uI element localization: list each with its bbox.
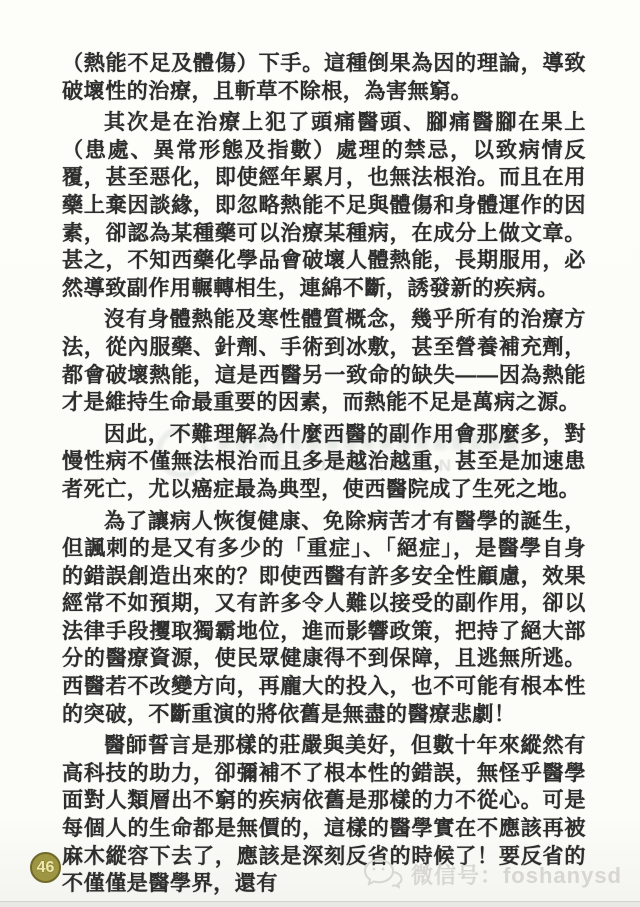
paragraph: 其次是在治療上犯了頭痛醫頭、腳痛醫腳在果上（患處、異常形態及指數）處理的禁忌，以…: [62, 109, 586, 302]
scanned-book-page: FOUNDATION （熱能不足及體傷）下手。這種倒果為因的理論，導致破壞性的治…: [0, 0, 640, 907]
page-number-badge: 46: [30, 852, 61, 883]
wechat-icon: [363, 858, 403, 890]
wechat-watermark: 微信号：foshanysd: [363, 858, 622, 890]
page-bottom-edge: [0, 901, 640, 907]
wechat-id-label: 微信号：foshanysd: [411, 859, 622, 890]
paragraph: （熱能不足及體傷）下手。這種倒果為因的理論，導致破壞性的治療，且斬草不除根，為害…: [62, 50, 586, 105]
paragraph: 沒有身體熱能及寒性體質概念，幾乎所有的治療方法，從內服藥、針劑、手術到冰敷，甚至…: [62, 306, 586, 416]
page-text-block: （熱能不足及體傷）下手。這種倒果為因的理論，導致破壞性的治療，且斬草不除根，為害…: [62, 50, 586, 902]
paragraph: 因此，不難理解為什麼西醫的副作用會那麼多，對慢性病不僅無法根治而且多是越治越重，…: [62, 421, 586, 504]
paragraph: 為了讓病人恢復健康、免除病苦才有醫學的誕生，但諷刺的是又有多少的「重症」、「絕症…: [62, 508, 586, 729]
